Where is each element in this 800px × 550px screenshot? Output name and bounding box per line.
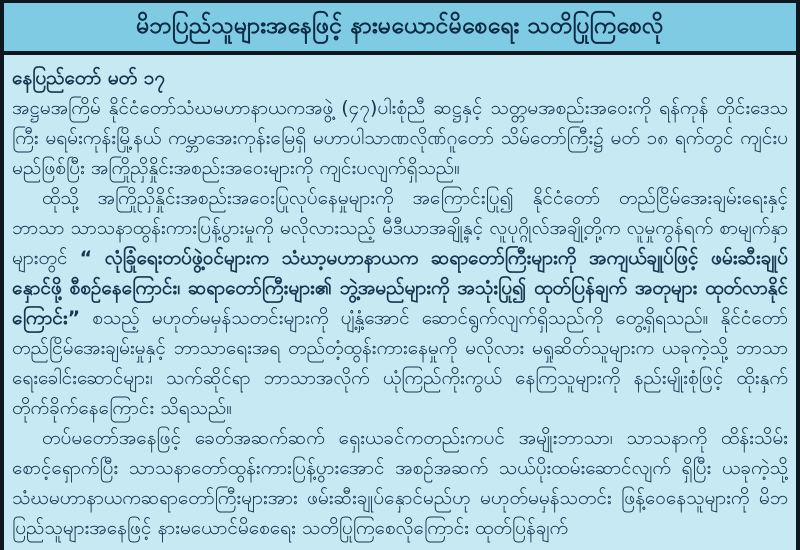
article-title: မိဘပြည်သူများအနေဖြင့် နားမယောင်မိစေရေး သ… [14,11,786,41]
paragraph-1: အဋ္ဌမအကြိမ် နိုင်ငံတော်သံဃမဟာနာယကအဖွဲ့ (… [12,93,788,183]
paragraph-2: ထိုသို့ အကြိုညှိနှိုင်းအစည်းအဝေးပြုလုပ်န… [12,183,788,423]
paragraph-3: တပ်မတော်အနေဖြင့် ခေတ်အဆက်ဆက် ရှေးယခင်ကတည… [12,423,788,543]
article-title-bar: မိဘပြည်သူများအနေဖြင့် နားမယောင်မိစေရေး သ… [4,3,796,55]
paragraph-2-post-quote-text: စသည့် မဟုတ်မမှန်သတင်းများကို ပျံ့နှံ့အော… [12,307,788,419]
dateline: နေပြည်တော် မတ် ၁၇ [12,63,788,93]
news-article-page: မိဘပြည်သူများအနေဖြင့် နားမယောင်မိစေရေး သ… [0,0,800,550]
article-body: နေပြည်တော် မတ် ၁၇ အဋ္ဌမအကြိမ် နိုင်ငံတော… [4,55,796,543]
